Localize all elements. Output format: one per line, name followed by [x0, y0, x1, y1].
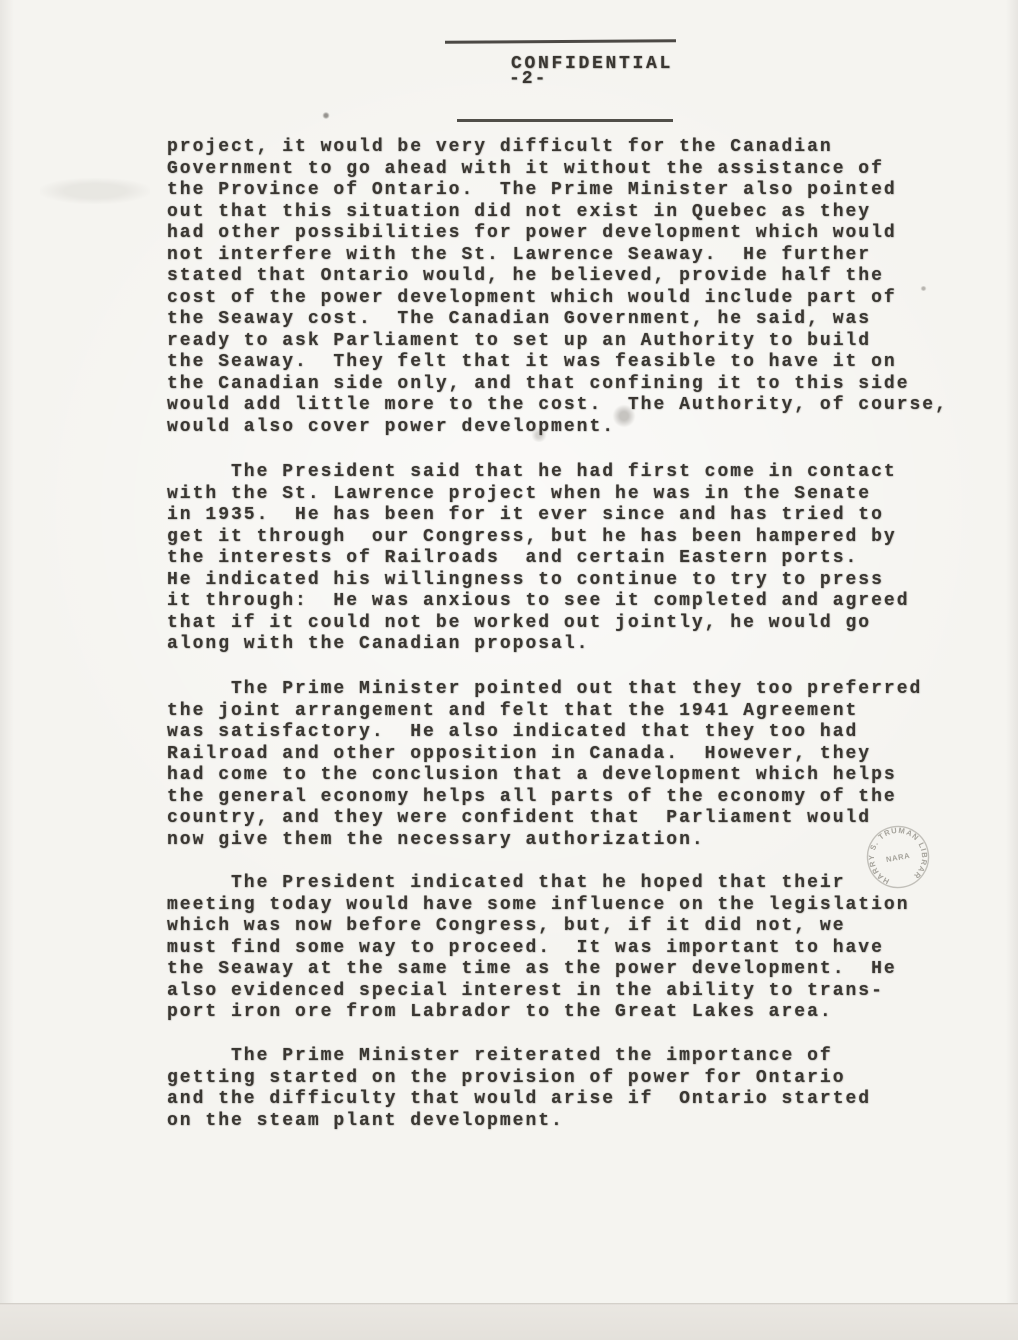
scan-edge-bottom: [0, 1303, 1018, 1340]
ink-speck: [612, 404, 636, 428]
ink-speck: [322, 112, 330, 119]
stamp-center-text: NARA: [885, 851, 911, 864]
pencil-smudge: [40, 178, 150, 204]
ink-speck: [530, 428, 548, 442]
archive-stamp-icon: HARRY S. TRUMAN LIBRARY NARA: [852, 811, 945, 904]
svg-text:HARRY S. TRUMAN LIBRARY: HARRY S. TRUMAN LIBRARY: [852, 811, 934, 891]
ink-speck: [920, 286, 927, 291]
paragraph-1: project, it would be very difficult for …: [167, 137, 948, 438]
page-number: -2-: [509, 69, 547, 91]
paragraph-2: The President said that he had first com…: [167, 462, 910, 656]
document-page: CONFIDENTIAL -2- project, it would be ve…: [0, 0, 1018, 1340]
strikethrough-line: [445, 39, 676, 43]
classification-header: CONFIDENTIAL: [457, 31, 673, 122]
stamp-ring-text: HARRY S. TRUMAN LIBRARY: [852, 811, 934, 891]
paragraph-4: The President indicated that he hoped th…: [167, 873, 910, 1024]
paragraph-5: The Prime Minister reiterated the import…: [167, 1046, 871, 1132]
paragraph-3: The Prime Minister pointed out that they…: [167, 679, 922, 851]
